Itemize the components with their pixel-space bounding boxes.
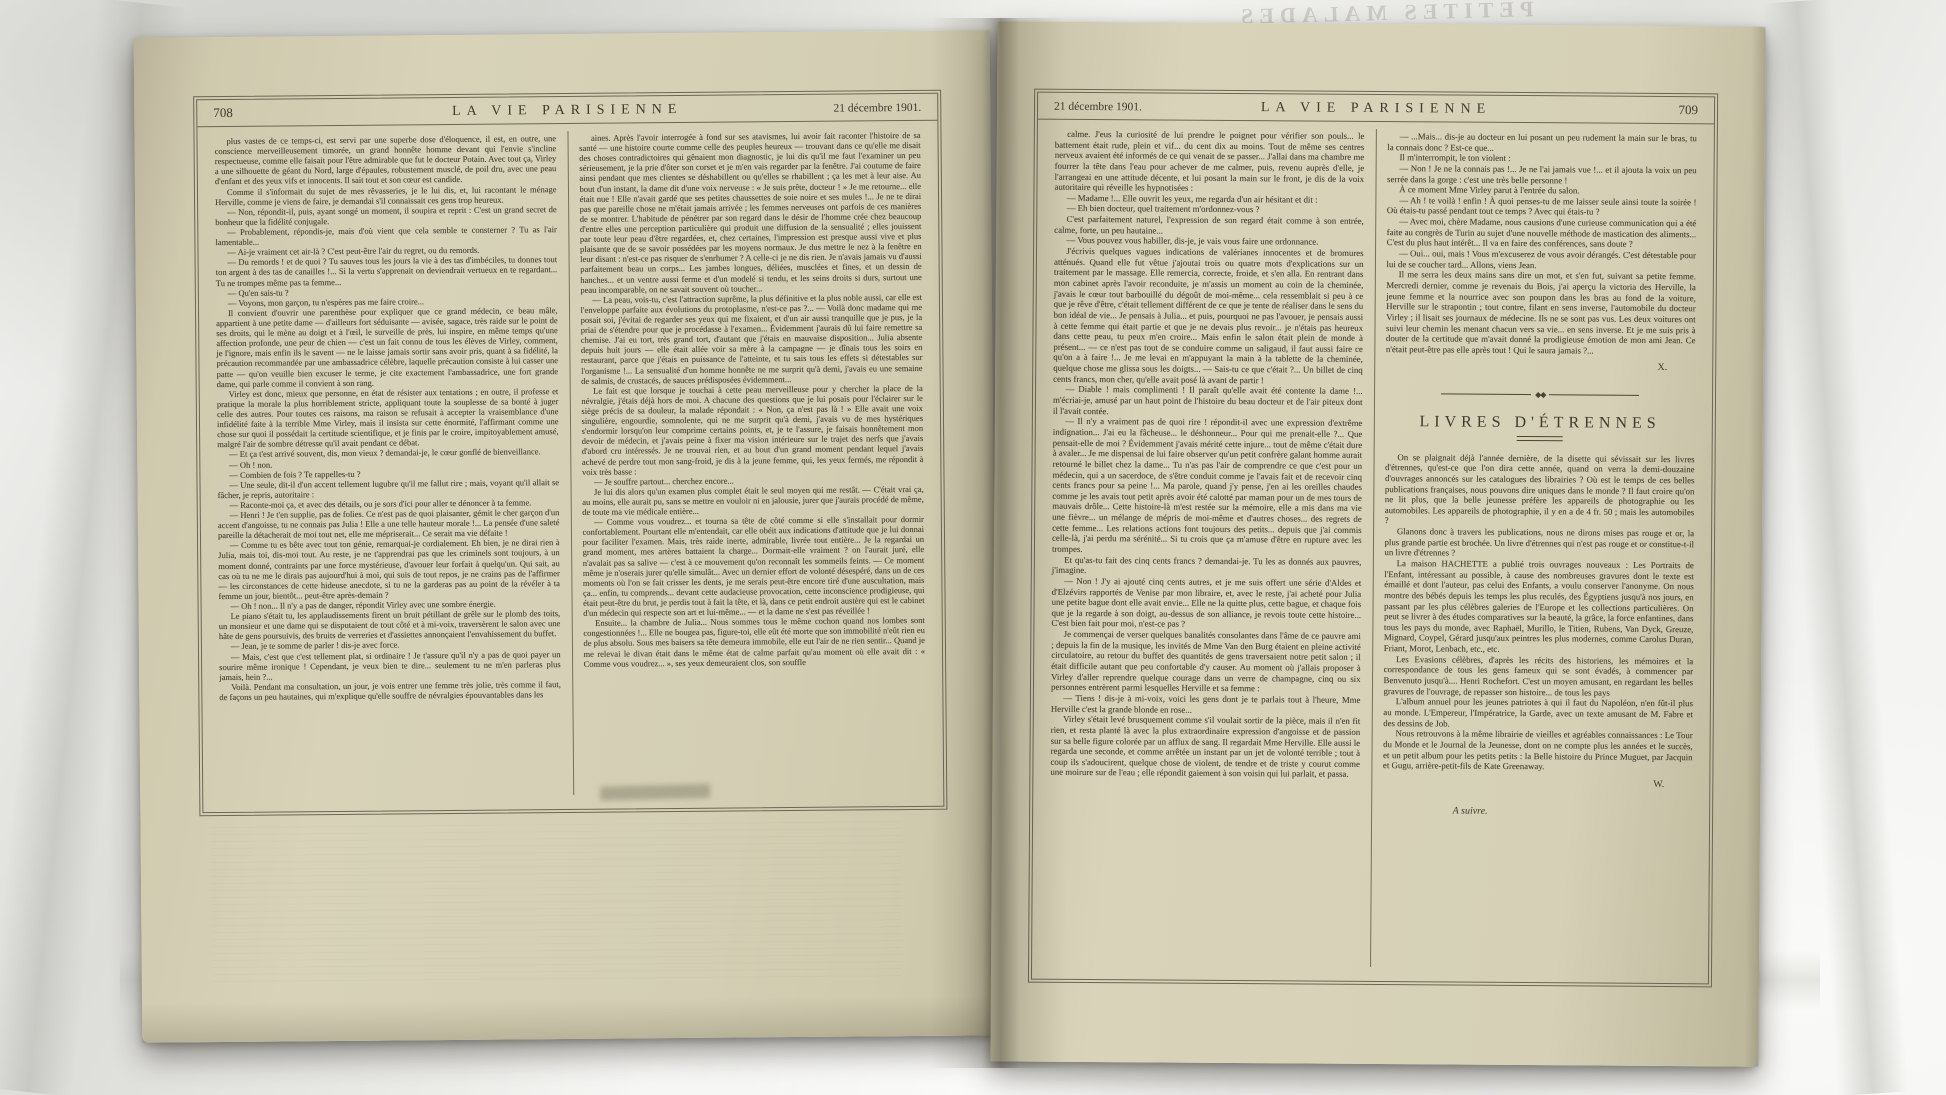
paragraph: L'album annuel pour les jeunes patriotes…: [1383, 696, 1693, 730]
separator-line: [1441, 393, 1531, 395]
show-through-smudge: [600, 784, 710, 801]
right-page-column-2: — ...Mais... dis-je au docteur en lui po…: [1370, 129, 1708, 969]
paragraph: calme. J'eus la curiosité de lui prendre…: [1054, 129, 1364, 195]
paragraph: — Ah ! te voilà ! enfin ! À quoi penses-…: [1387, 195, 1697, 218]
left-page-text-frame: 708 LA VIE PARISIENNE 21 décembre 1901. …: [196, 93, 944, 813]
issue-date: 21 décembre 1901.: [801, 102, 921, 115]
paragraph: La maison HACHETTE a publié trois ouvrag…: [1384, 558, 1694, 656]
to-be-continued: A suivre.: [1453, 805, 1693, 819]
paragraph: Nous retrouvons à la même librairie de v…: [1383, 728, 1693, 773]
right-page-number: 709: [1578, 101, 1698, 118]
section-separator: ◆◆: [1441, 389, 1639, 400]
paragraph: Je commençai de verser quelques banalité…: [1051, 629, 1361, 695]
paragraph: — Du remords ! et de quoi ? Tu sauves to…: [216, 254, 558, 287]
publication-title: LA VIE PARISIENNE: [333, 101, 801, 121]
right-running-head: 21 décembre 1901. LA VIE PARISIENNE 709: [1038, 93, 1714, 123]
paragraph: Glanons donc à travers les publications,…: [1384, 526, 1694, 560]
paragraph: Il convient d'ouvrir une parenthèse pour…: [216, 305, 558, 389]
paragraph: Il me serra les deux mains sans dire un …: [1386, 269, 1696, 356]
paragraph: — Henri ! Je t'en supplie, pas de folies…: [218, 507, 560, 540]
left-page: 708 LA VIE PARISIENNE 21 décembre 1901. …: [134, 30, 999, 1042]
right-page-columns: calme. J'eus la curiosité de lui prendre…: [1032, 124, 1714, 973]
left-page-number: 708: [213, 104, 333, 121]
left-page-column-2: aines. Après l'avoir interrogée à fond s…: [567, 128, 937, 795]
paragraph: plus vastes de ce temps-ci, est servi pa…: [214, 133, 556, 187]
paragraph: Le fait est que lorsque je touchai à cet…: [581, 383, 923, 477]
paragraph: — La peau, vois-tu, c'est l'attraction s…: [580, 292, 922, 386]
paragraph: — Diable ! mais complimenti ! Il paraît …: [1053, 384, 1363, 418]
tissue-crease: [1762, 0, 1908, 1095]
paragraph: Ensuite... la chambre de Julia... Nous s…: [583, 615, 925, 669]
heading-underline: [1517, 436, 1563, 441]
paragraph: J'écrivis quelques vagues indications de…: [1053, 246, 1363, 386]
paragraph: — Il n'y a vraiment pas de quoi rire ! r…: [1052, 416, 1362, 556]
paragraph: Voilà. Pendant ma consultation, un jour,…: [219, 679, 561, 702]
paragraph: Le piano s'était tu, les applaudissement…: [219, 608, 561, 641]
right-page-column-1: calme. J'eus la curiosité de lui prendre…: [1038, 127, 1375, 967]
paragraph: Les Evasions célèbres, d'après les récit…: [1383, 654, 1693, 699]
paragraph: — Mais, c'est que c'est tellement plat, …: [219, 649, 561, 682]
paragraph: Je lui dis alors qu'un examen plus compl…: [582, 484, 924, 517]
photograph-background: PETITES MALADES 708 LA VIE PARISIENNE 21…: [0, 0, 1946, 1095]
paragraph: C'est parfaitement naturel, l'expression…: [1054, 214, 1364, 237]
paragraph: On se plaignait déjà l'année dernière, d…: [1385, 452, 1695, 529]
separator-line: [1549, 394, 1639, 396]
separator-ornament-icon: ◆◆: [1531, 390, 1549, 400]
section-paragraphs: On se plaignait déjà l'année dernière, d…: [1383, 452, 1695, 773]
left-page-column-1: plus vastes de ce temps-ci, est servi pa…: [203, 131, 572, 798]
section-heading: LIVRES D'ÉTRENNES: [1385, 412, 1695, 434]
paragraph: Et qu'as-tu fait des cinq cents francs ?…: [1052, 554, 1362, 577]
paragraph: — Tiens ! dis-je à mi-voix, voici les ge…: [1051, 693, 1361, 716]
paragraph: — Non ! Je ne la connais pas !... Je ne …: [1387, 163, 1697, 186]
left-page-columns: plus vastes de ce temps-ci, est servi pa…: [197, 125, 943, 801]
paragraph: — Oui... oui, mais ! Vous m'excuserez de…: [1386, 248, 1696, 271]
story-signature: X.: [1386, 361, 1668, 375]
story-end-paragraphs: — ...Mais... dis-je au docteur en lui po…: [1386, 131, 1697, 357]
publication-title: LA VIE PARISIENNE: [1174, 100, 1578, 119]
right-page: 21 décembre 1901. LA VIE PARISIENNE 709 …: [990, 21, 1765, 1066]
right-page-text-frame: 21 décembre 1901. LA VIE PARISIENNE 709 …: [1031, 92, 1715, 985]
show-through-lines: [211, 821, 902, 987]
paragraph: — Comme vous voudrez... et tourna sa têt…: [582, 514, 924, 618]
paragraph: Virley est donc, mieux que personne, en …: [217, 386, 559, 450]
issue-date: 21 décembre 1901.: [1054, 101, 1174, 114]
paragraph: — Non ! J'y ai ajouté cinq cents autres,…: [1051, 576, 1361, 631]
paragraph: — ...Mais... dis-je au docteur en lui po…: [1387, 131, 1697, 154]
paragraph: — Comme tu es bête avec tout ton génie, …: [218, 537, 560, 601]
section-signature: W.: [1383, 777, 1665, 791]
paragraph: aines. Après l'avoir interrogée à fond s…: [579, 130, 922, 295]
paragraph: Virley s'était levé brusquement comme s'…: [1050, 714, 1360, 780]
paragraph: — Avec moi, chère Madame, nous causions …: [1387, 216, 1697, 250]
